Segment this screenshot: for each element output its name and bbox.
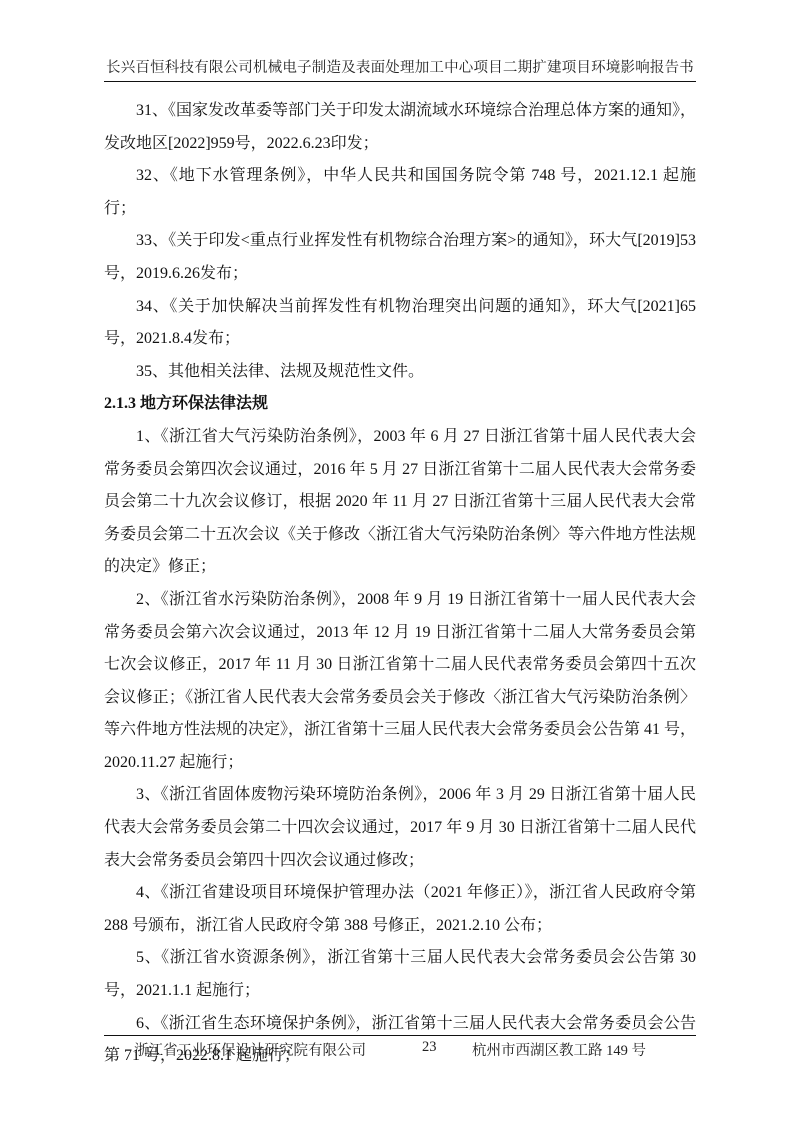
header-divider	[104, 81, 696, 82]
section-heading: 2.1.3 地方环保法律法规	[104, 388, 696, 421]
footer-organization: 浙江省工业环保设计研究院有限公司	[134, 1039, 366, 1060]
regulation-item-31: 31、《国家发改革委等部门关于印发太湖流域水环境综合治理总体方案的通知》，发改地…	[104, 95, 696, 160]
local-regulation-item-1: 1、《浙江省大气污染防治条例》，2003 年 6 月 27 日浙江省第十届人民代…	[104, 421, 696, 584]
local-regulation-item-3: 3、《浙江省固体废物污染环境防治条例》，2006 年 3 月 29 日浙江省第十…	[104, 779, 696, 877]
regulation-item-33: 33、《关于印发<重点行业挥发性有机物综合治理方案>的通知》，环大气[2019]…	[104, 225, 696, 290]
local-regulation-item-4: 4、《浙江省建设项目环境保护管理办法（2021 年修正）》，浙江省人民政府令第 …	[104, 877, 696, 942]
regulation-item-32: 32、《地下水管理条例》，中华人民共和国国务院令第 748 号，2021.12.…	[104, 160, 696, 225]
document-body: 31、《国家发改革委等部门关于印发太湖流域水环境综合治理总体方案的通知》，发改地…	[104, 95, 696, 1073]
local-regulation-item-5: 5、《浙江省水资源条例》，浙江省第十三届人民代表大会常务委员会公告第 30 号，…	[104, 942, 696, 1007]
regulation-item-35: 35、其他相关法律、法规及规范性文件。	[104, 356, 696, 389]
footer-address: 杭州市西湖区教工路 149 号	[472, 1039, 646, 1060]
local-regulation-item-2: 2、《浙江省水污染防治条例》，2008 年 9 月 19 日浙江省第十一届人民代…	[104, 584, 696, 780]
page-number: 23	[422, 1039, 437, 1056]
footer-divider	[104, 1035, 696, 1036]
running-header-title: 长兴百恒科技有限公司机械电子制造及表面处理加工中心项目二期扩建项目环境影响报告书	[104, 56, 696, 77]
page-footer: 浙江省工业环保设计研究院有限公司 23 杭州市西湖区教工路 149 号	[104, 1039, 696, 1059]
regulation-item-34: 34、《关于加快解决当前挥发性有机物治理突出问题的通知》，环大气[2021]65…	[104, 291, 696, 356]
